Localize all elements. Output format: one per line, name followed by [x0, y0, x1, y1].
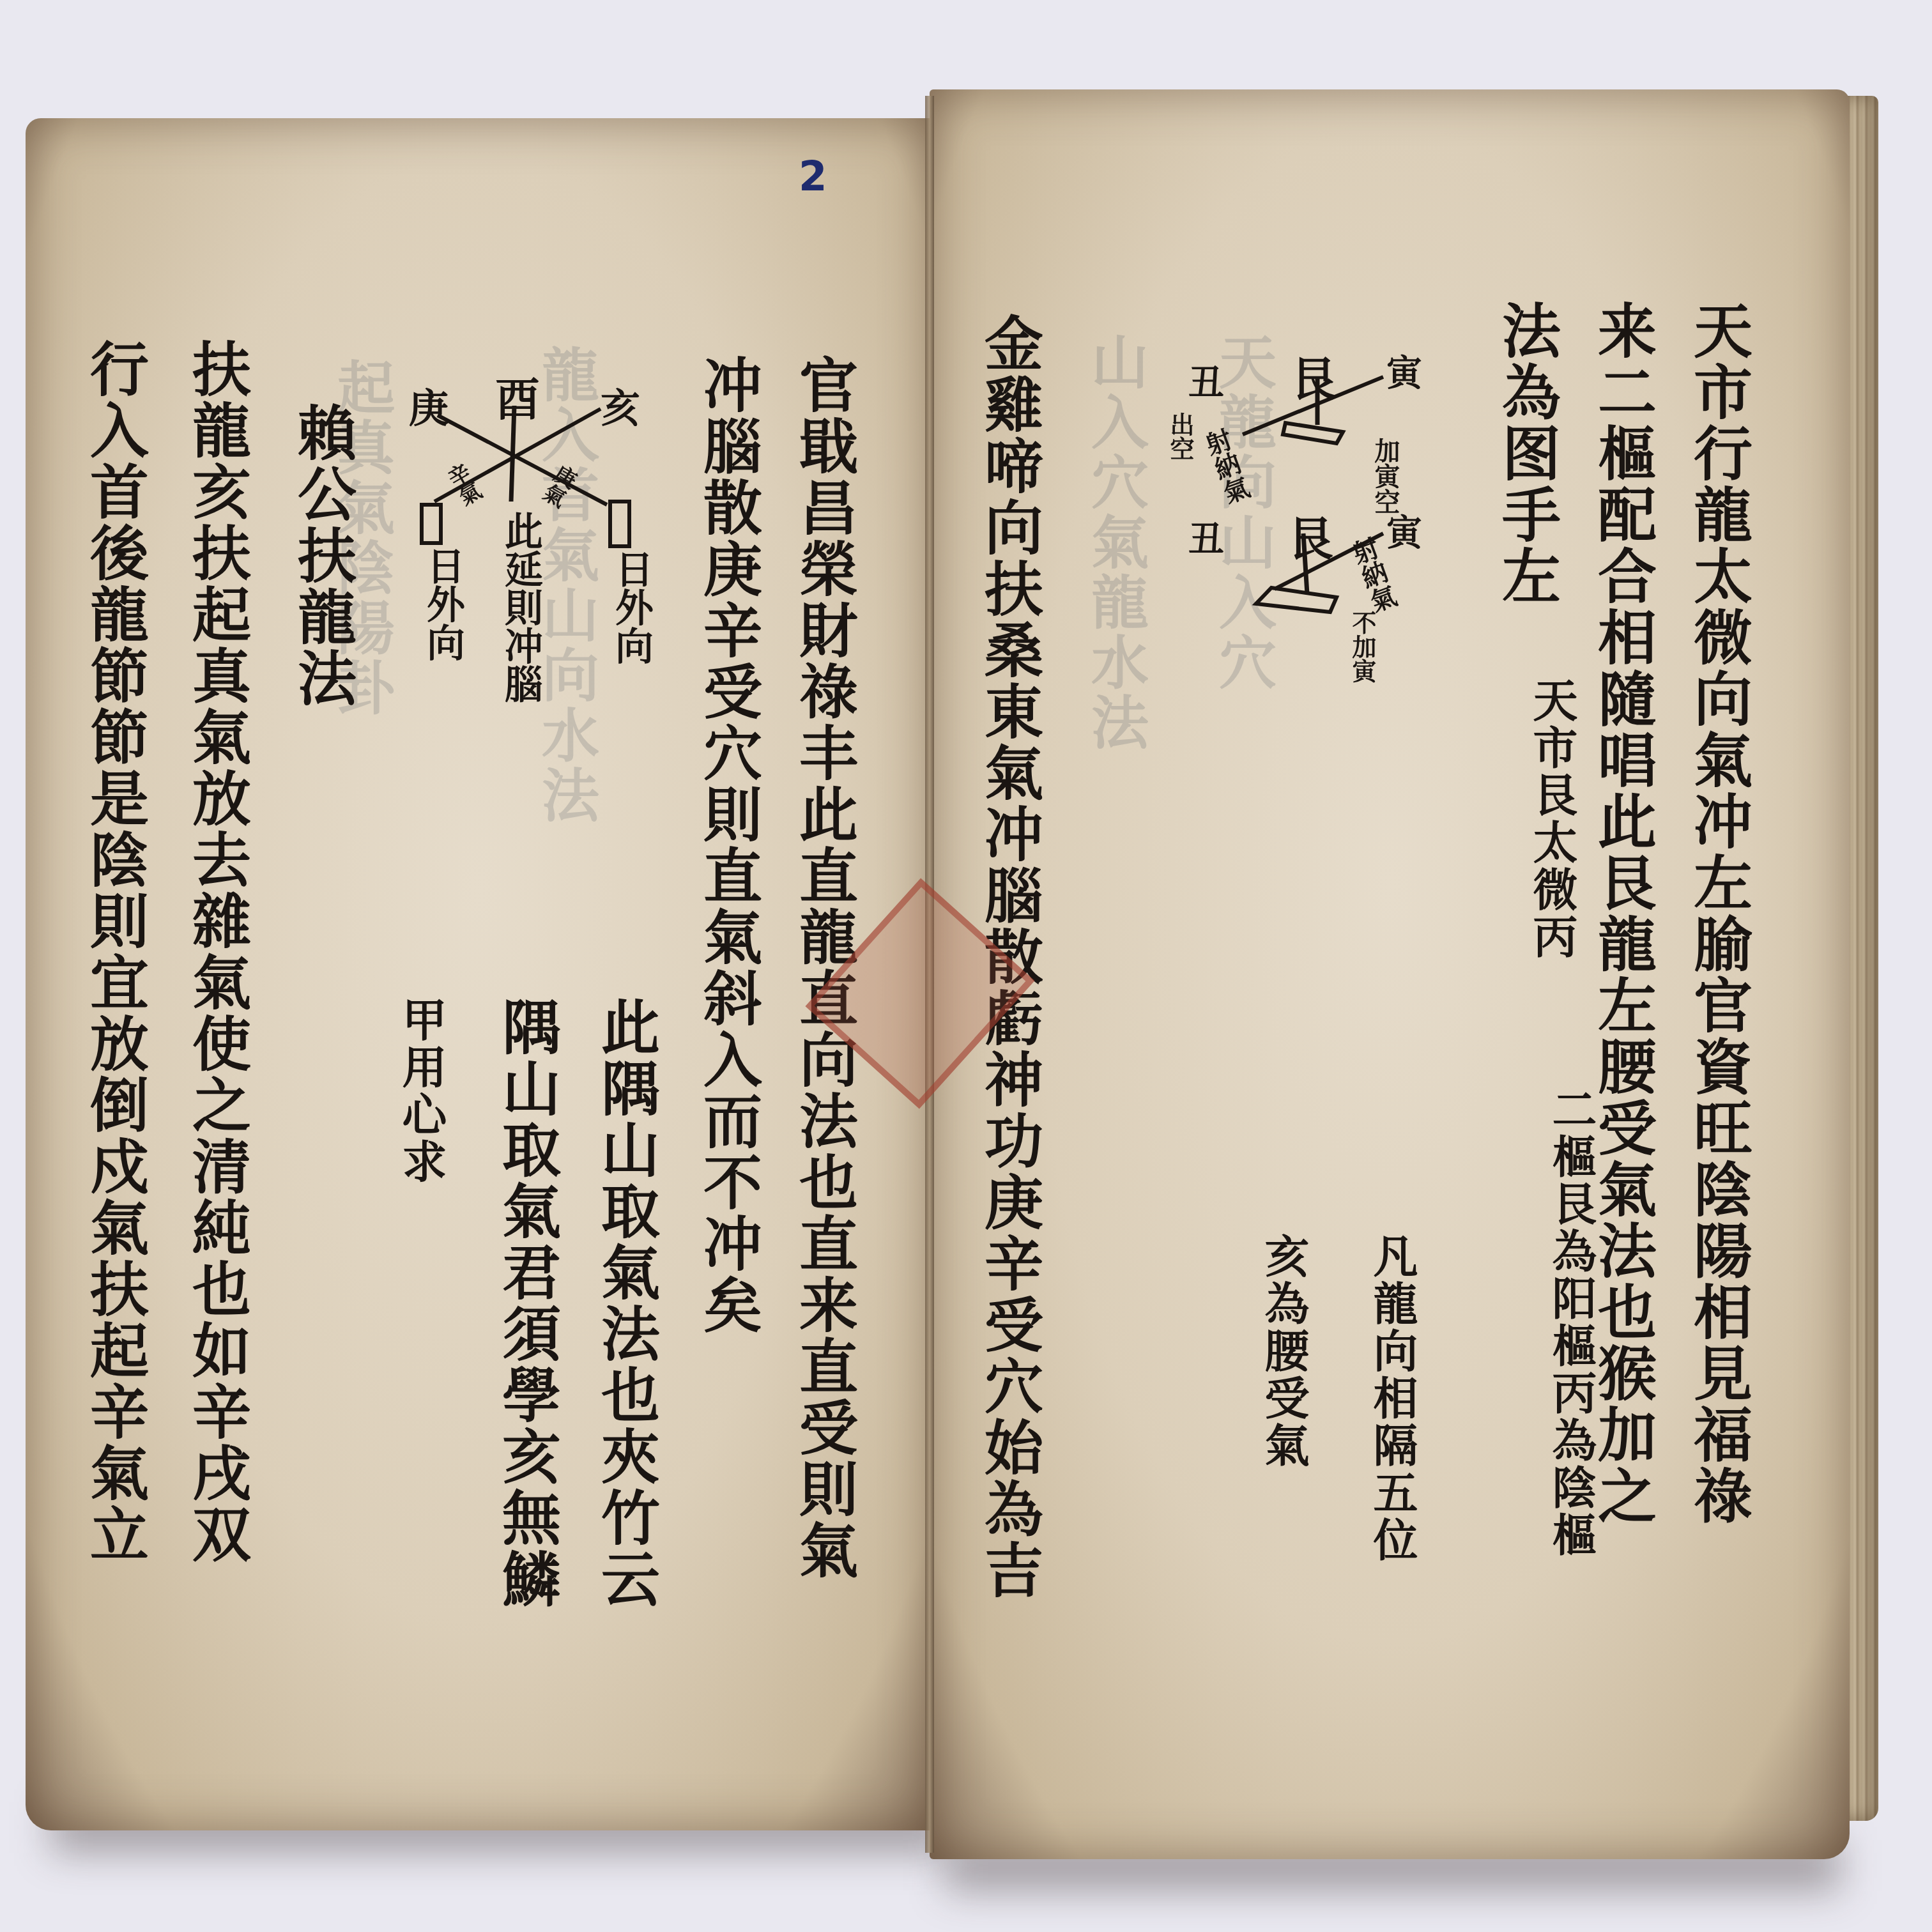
- side-note: 凡龍向相隔五位: [1367, 1233, 1417, 1648]
- text-column: 冲腦散庚辛受穴則直氣斜入而不冲矣: [696, 355, 760, 1728]
- label-chou-top: 丑: [1188, 355, 1224, 406]
- annotation-column: 天市艮太微丙: [1527, 677, 1577, 1061]
- compass-diagram-right: 艮 寅 丑 射納氣 出空 加寅空 艮 寅 丑 射納氣 不加寅: [1137, 319, 1495, 1086]
- label-you: 酉: [495, 364, 540, 429]
- annotation-column: 二樞艮為阳樞丙為陰樞: [1546, 1086, 1596, 1661]
- label-gen-top: 艮: [1291, 342, 1337, 408]
- label-chu-kong: 出空: [1163, 412, 1198, 461]
- label-outward-right: 日外向: [604, 549, 659, 664]
- compass-diagram-left: 酉 庚 亥 辛氣 庚氣 日外向 日外向 此延則冲腦: [383, 319, 677, 894]
- label-geng: 庚: [409, 377, 448, 434]
- text-column: 隅山取氣君須學亥無鱗: [495, 997, 559, 1731]
- label-outward-left: 日外向: [415, 546, 470, 661]
- page-number: 2: [799, 153, 827, 201]
- text-column: 賴公扶龍法: [291, 402, 355, 850]
- label-yin-top: 寅: [1386, 345, 1422, 396]
- label-yin-bottom: 寅: [1386, 505, 1422, 556]
- label-bu-jia-yin: 不加寅: [1345, 610, 1380, 683]
- label-hai: 亥: [601, 377, 640, 434]
- label-chou-bottom: 丑: [1188, 511, 1224, 562]
- diagram-caption: 此延則冲腦: [493, 511, 548, 703]
- text-column: 扶龍亥扶起真氣放去雜氣使之清純也如辛戌双: [185, 339, 249, 1744]
- label-gen-bottom: 艮: [1287, 502, 1333, 568]
- text-column: 法為图手左: [1495, 300, 1559, 716]
- text-column: 此隅山取氣法也夾竹云: [594, 997, 658, 1731]
- text-column: 甲用心求: [396, 997, 446, 1380]
- side-note: 亥為腰受氣: [1259, 1233, 1308, 1552]
- label-jia-yin-kong: 加寅空: [1367, 438, 1404, 514]
- text-column: 天市行龍太微向氣冲左腧官資旺陰陽相見福祿: [1687, 300, 1751, 1738]
- text-column: 来二樞配合相隨唱此艮龍左腰受氣法也猴加之: [1591, 300, 1655, 1738]
- text-column: 行入首後龍節節是陰則宜放倒戍氣扶起辛氣立: [83, 339, 147, 1744]
